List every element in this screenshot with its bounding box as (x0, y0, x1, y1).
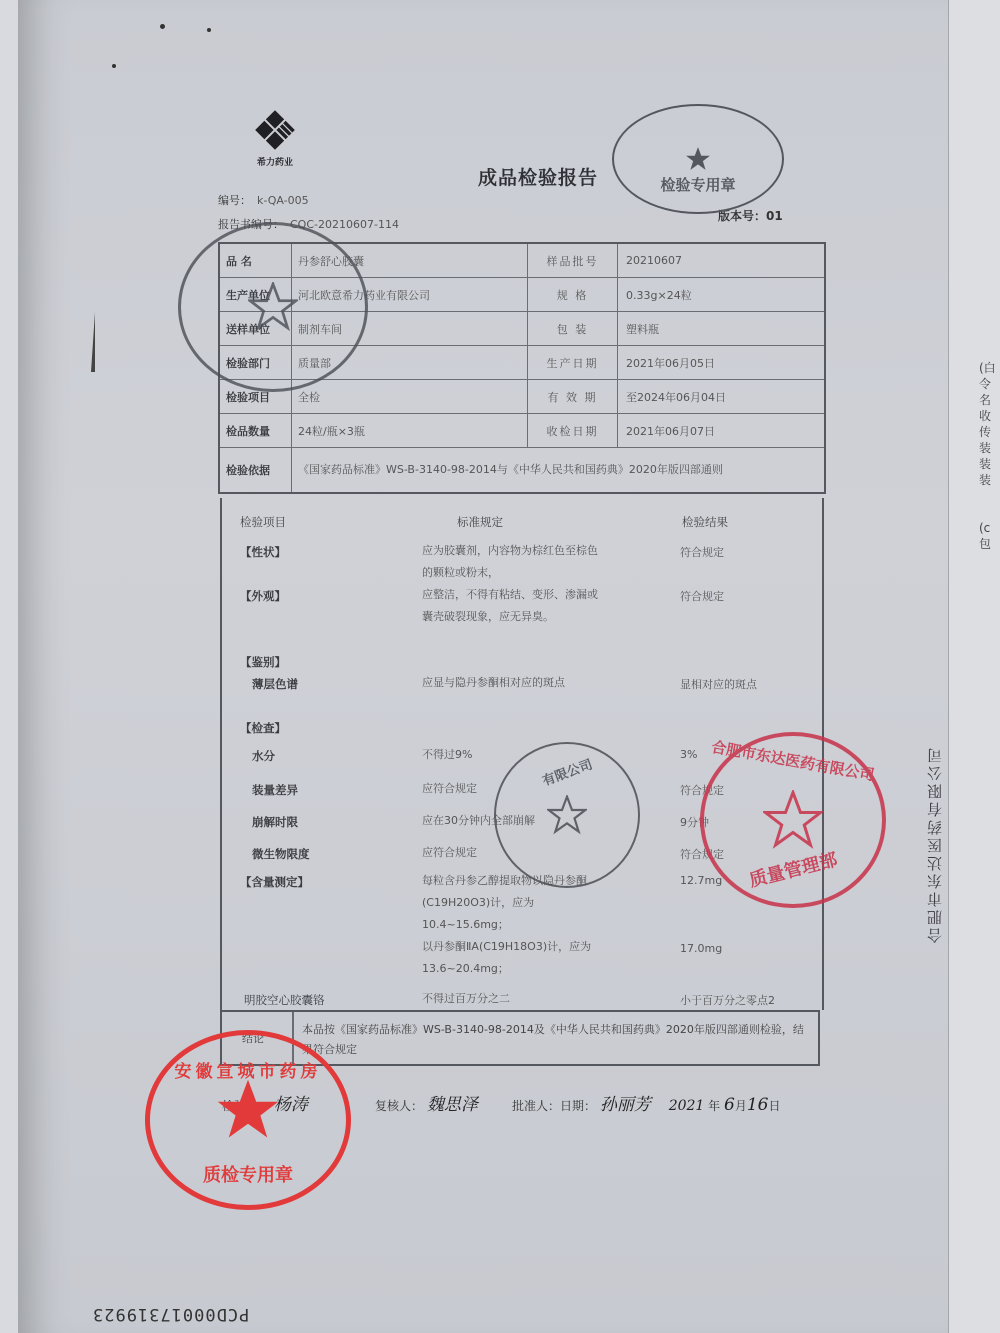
document-number: 编号：k-QA-005 (218, 192, 309, 208)
side-company-name: 合肥市东达医药有限公司 (924, 745, 945, 943)
result-item: 【性状】 (240, 544, 286, 560)
company-stamp-middle: 有限公司 (494, 742, 640, 888)
header-standard: 标准规定 (457, 514, 503, 530)
star-icon (215, 1077, 281, 1143)
result-item: 水分 (252, 748, 275, 764)
punch-hole (160, 24, 165, 29)
result-item: 【鉴别】 (240, 654, 286, 670)
star-icon (763, 790, 823, 850)
result-item: 【检查】 (240, 720, 286, 736)
serial-number: PCD00017319923 (92, 1304, 249, 1324)
header-item: 检验项目 (240, 514, 286, 530)
result-item: 装量差异 (252, 782, 298, 798)
result-item: 薄层色谱 (252, 676, 298, 692)
result-item: 【含量测定】 (240, 874, 309, 890)
result-item: 【外观】 (240, 588, 286, 604)
star-icon (248, 282, 298, 332)
result-standard: 以丹参酮ⅡA(C19H18O3)计，应为13.6~20.4mg； (422, 936, 592, 980)
approver-signature: 批准人：日期： 孙丽芳 2021 年 6月16日 (512, 1090, 781, 1115)
logo-text: 希力药业 (245, 155, 305, 168)
company-logo: 希力药业 (245, 108, 305, 168)
result-value: 3% (680, 748, 697, 761)
result-standard: 应为胶囊剂，内容物为棕红色至棕色的颗粒或粉末， (422, 540, 602, 584)
logo-diamond-icon (253, 108, 297, 152)
table-row: 检验项目 全检 有 效 期 至2024年06月04日 (220, 380, 824, 414)
header-result: 检验结果 (682, 514, 728, 530)
result-item: 明胶空心胶囊铬 (244, 992, 325, 1008)
result-value: 符合规定 (680, 544, 724, 560)
result-value: 17.0mg (680, 942, 722, 955)
adjacent-sheet: (白令名收传 装装装 (c包 (948, 0, 1000, 1333)
reviewer-signature: 复核人： 魏思泽 (375, 1090, 478, 1115)
shadow-mark (83, 312, 95, 372)
result-standard: 应显与隐丹参酮相对应的斑点 (422, 672, 602, 694)
table-row: 检品数量 24粒/瓶×3瓶 收检日期 2021年06月07日 (220, 414, 824, 448)
inspection-stamp-top: 检验专用章 (612, 104, 784, 214)
result-standard: 不得过百万分之二 (422, 988, 602, 1010)
punch-hole (207, 28, 211, 32)
qc-stamp: 安徽宣城市药房 质检专用章 (145, 1030, 351, 1210)
star-icon (547, 795, 587, 835)
punch-hole (112, 64, 116, 68)
result-item: 微生物限度 (252, 846, 310, 862)
result-value: 显相对应的斑点 (680, 676, 757, 692)
conclusion-text: 本品按《国家药品标准》WS-B-3140-98-2014及《中华人民共和国药典》… (302, 1020, 812, 1060)
company-stamp-top-left (178, 222, 368, 392)
quality-dept-stamp: 合肥市东达医药有限公司 质量管理部 (700, 732, 886, 908)
result-value: 符合规定 (680, 588, 724, 604)
star-icon (685, 146, 711, 172)
report-title: 成品检验报告 (478, 163, 598, 190)
result-value: 小于百万分之零点2 (680, 992, 775, 1008)
table-row-basis: 检验依据 《国家药品标准》WS-B-3140-98-2014与《中华人民共和国药… (220, 448, 824, 492)
result-standard: 应整洁，不得有粘结、变形、渗漏或囊壳破裂现象，应无异臭。 (422, 584, 602, 628)
result-item: 崩解时限 (252, 814, 298, 830)
